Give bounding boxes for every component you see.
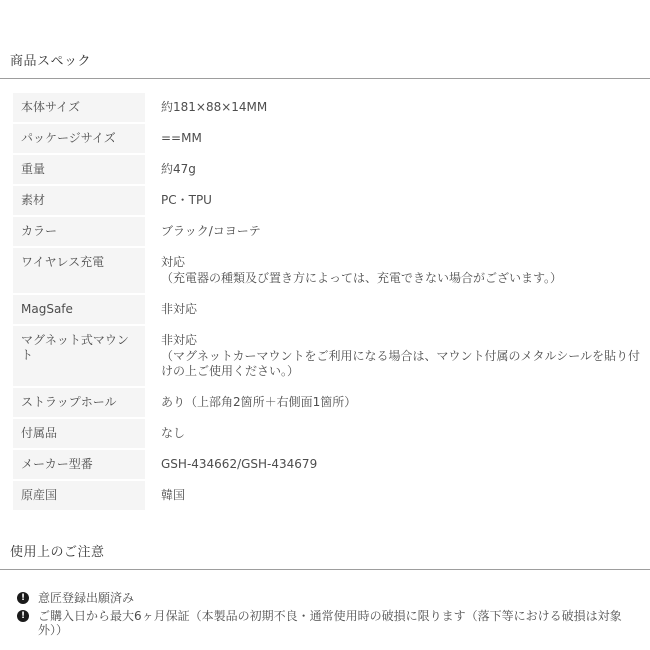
exclamation-circle-icon: ! bbox=[17, 610, 29, 622]
spec-section-title: 商品スペック bbox=[10, 0, 650, 69]
spec-value: ブラック/コヨーテ bbox=[145, 217, 640, 246]
spec-label: パッケージサイズ bbox=[13, 124, 145, 153]
note-text: 意匠登録出願済み bbox=[38, 591, 134, 605]
spec-label: マグネット式マウント bbox=[13, 326, 145, 386]
spec-label: 本体サイズ bbox=[13, 93, 145, 122]
notes-section-title: 使用上のご注意 bbox=[10, 541, 650, 560]
spec-section-divider bbox=[0, 78, 650, 79]
spec-value: PC・TPU bbox=[145, 186, 640, 215]
note-text: ご購入日から最大6ヶ月保証（本製品の初期不良・通常使用時の破損に限ります（落下等… bbox=[38, 609, 640, 637]
spec-label: ストラップホール bbox=[13, 388, 145, 417]
notes-section-divider bbox=[0, 569, 650, 570]
spec-value-main: 対応 bbox=[161, 255, 185, 269]
spec-value: 約47g bbox=[145, 155, 640, 184]
spec-value: 非対応 （マグネットカーマウントをご利用になる場合は、マウント付属のメタルシール… bbox=[145, 326, 640, 386]
spec-value-note: （マグネットカーマウントをご利用になる場合は、マウント付属のメタルシールを貼り付… bbox=[161, 349, 640, 379]
spec-value: 約181×88×14MM bbox=[145, 93, 640, 122]
spec-row-material: 素材 PC・TPU bbox=[13, 186, 640, 215]
spec-label: カラー bbox=[13, 217, 145, 246]
spec-table: 本体サイズ 約181×88×14MM パッケージサイズ ==MM 重量 約47g… bbox=[13, 93, 640, 510]
exclamation-circle-icon: ! bbox=[17, 592, 29, 604]
spec-value: ==MM bbox=[145, 124, 640, 153]
product-spec-page: 商品スペック 本体サイズ 約181×88×14MM パッケージサイズ ==MM … bbox=[0, 0, 650, 650]
spec-label: 重量 bbox=[13, 155, 145, 184]
spec-label: ワイヤレス充電 bbox=[13, 248, 145, 293]
spec-row-color: カラー ブラック/コヨーテ bbox=[13, 217, 640, 246]
spec-row-wireless-charging: ワイヤレス充電 対応 （充電器の種類及び置き方によっては、充電できない場合がござ… bbox=[13, 248, 640, 293]
spec-value: 韓国 bbox=[145, 481, 640, 510]
spec-row-package-size: パッケージサイズ ==MM bbox=[13, 124, 640, 153]
spec-label: MagSafe bbox=[13, 295, 145, 324]
spec-row-model-number: メーカー型番 GSH-434662/GSH-434679 bbox=[13, 450, 640, 479]
spec-value: なし bbox=[145, 419, 640, 448]
spec-row-accessories: 付属品 なし bbox=[13, 419, 640, 448]
spec-label: 付属品 bbox=[13, 419, 145, 448]
note-item: ! ご購入日から最大6ヶ月保証（本製品の初期不良・通常使用時の破損に限ります（落… bbox=[17, 609, 640, 637]
spec-label: メーカー型番 bbox=[13, 450, 145, 479]
spec-value-note: （充電器の種類及び置き方によっては、充電できない場合がございます。） bbox=[161, 271, 640, 286]
usage-notes-list: ! 意匠登録出願済み ! ご購入日から最大6ヶ月保証（本製品の初期不良・通常使用… bbox=[17, 591, 640, 637]
spec-value: あり（上部角2箇所＋右側面1箇所） bbox=[145, 388, 640, 417]
spec-row-body-size: 本体サイズ 約181×88×14MM bbox=[13, 93, 640, 122]
note-item: ! 意匠登録出願済み bbox=[17, 591, 640, 605]
spec-row-strap-hole: ストラップホール あり（上部角2箇所＋右側面1箇所） bbox=[13, 388, 640, 417]
spec-label: 素材 bbox=[13, 186, 145, 215]
spec-value: GSH-434662/GSH-434679 bbox=[145, 450, 640, 479]
spec-row-country-of-origin: 原産国 韓国 bbox=[13, 481, 640, 510]
spec-value: 対応 （充電器の種類及び置き方によっては、充電できない場合がございます。） bbox=[145, 248, 640, 293]
spec-value-main: 非対応 bbox=[161, 333, 197, 347]
spec-value: 非対応 bbox=[145, 295, 640, 324]
spec-row-weight: 重量 約47g bbox=[13, 155, 640, 184]
spec-label: 原産国 bbox=[13, 481, 145, 510]
spec-row-magnet-mount: マグネット式マウント 非対応 （マグネットカーマウントをご利用になる場合は、マウ… bbox=[13, 326, 640, 386]
spec-row-magsafe: MagSafe 非対応 bbox=[13, 295, 640, 324]
